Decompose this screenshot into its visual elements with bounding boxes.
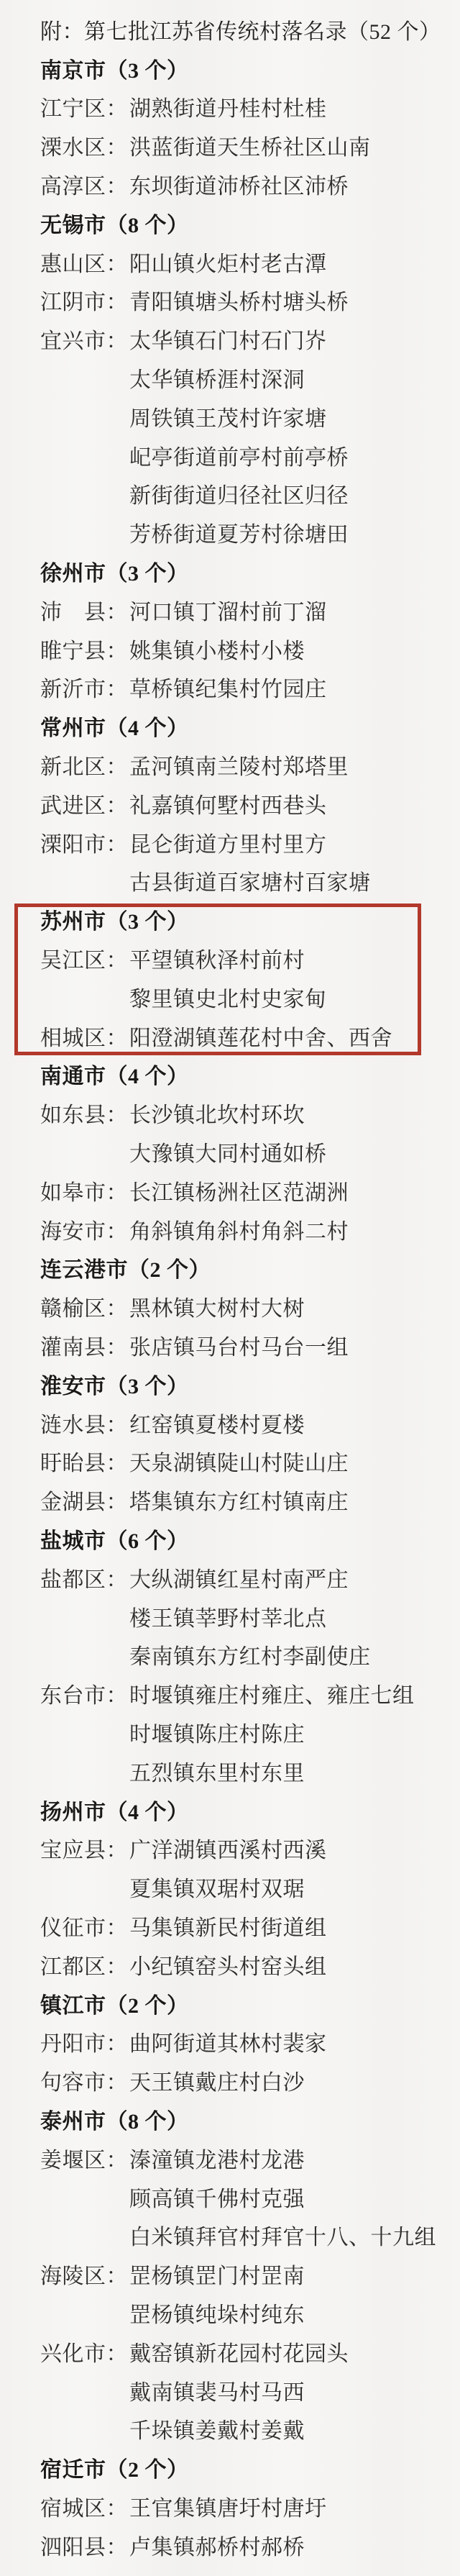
village-entry: 宜兴市：太华镇石门村石门岕	[0, 319, 460, 358]
village-entry-continuation: 夏集镇双琚村双琚	[0, 1867, 460, 1906]
village-entry: 宝应县：广洋湖镇西溪村西溪	[0, 1829, 460, 1867]
village-entry: 江宁区：湖熟街道丹桂村杜桂	[0, 88, 460, 127]
village-entry-continuation: 罡杨镇纯垛村纯东	[0, 2293, 460, 2332]
district-label: 武进区：	[40, 788, 129, 819]
district-label: 沛 县：	[40, 594, 129, 626]
village-name-text: 白米镇拜官村拜官十八、十九组	[129, 2219, 436, 2251]
district-label: 海陵区：	[40, 2258, 129, 2290]
village-entry-continuation: 大豫镇大同村通如桥	[0, 1132, 460, 1171]
village-entry: 吴江区：平望镇秋泽村前村	[0, 939, 460, 978]
village-name-text: 小纪镇窑头村窑头组	[129, 1949, 327, 1980]
village-name-text: 阳澄湖镇莲花村中舍、西舍	[129, 1020, 392, 1052]
village-entry-continuation: 楼王镇莘野村莘北点	[0, 1597, 460, 1636]
village-entry-continuation: 戴南镇裴马村马西	[0, 2371, 460, 2410]
village-entry-continuation: 秦南镇东方红村李副使庄	[0, 1635, 460, 1674]
district-label: 海安市：	[40, 1214, 129, 1245]
district-label: 金湖县：	[40, 1484, 129, 1516]
village-entry-continuation: 五烈镇东里村东里	[0, 1752, 460, 1790]
city-name-text: 无锡市（8 个）	[40, 207, 189, 239]
district-label: 如东县：	[40, 1097, 129, 1129]
village-name-text: 五烈镇东里村东里	[129, 1755, 305, 1787]
city-header: 常州市（4 个）	[0, 706, 460, 745]
village-name-text: 屺亭街道前亭村前亭桥	[129, 440, 349, 471]
village-entry-continuation: 芳桥街道夏芳村徐塘田	[0, 513, 460, 552]
village-name-text: 古县街道百家塘村百家塘	[129, 865, 371, 896]
district-label: 丹阳市：	[40, 2026, 129, 2057]
village-name-text: 太华镇桥涯村深洞	[129, 362, 305, 393]
village-entry-continuation: 古县街道百家塘村百家塘	[0, 862, 460, 901]
village-name-text: 平望镇秋泽村前村	[129, 942, 305, 974]
village-name-text: 天王镇戴庄村白沙	[129, 2065, 305, 2096]
village-entry: 江都区：小纪镇窑头村窑头组	[0, 1945, 460, 1984]
village-name-text: 长江镇杨洲社区范湖洲	[129, 1175, 349, 1206]
village-entry: 江阴市：青阳镇塘头桥村塘头桥	[0, 281, 460, 320]
city-header: 徐州市（3 个）	[0, 552, 460, 591]
city-name-text: 南京市（3 个）	[40, 53, 189, 84]
village-name-text: 新街街道归径社区归径	[129, 478, 349, 509]
village-name-text: 草桥镇纪集村竹园庄	[129, 671, 327, 703]
village-entry-continuation: 顾高镇千佛村克强	[0, 2177, 460, 2216]
district-label: 江都区：	[40, 1949, 129, 1980]
village-name-text: 周铁镇王茂村许家塘	[129, 401, 327, 432]
village-name-text: 马集镇新民村街道组	[129, 1910, 327, 1942]
district-label: 仪征市：	[40, 1910, 129, 1942]
village-entry: 金湖县：塔集镇东方红村镇南庄	[0, 1480, 460, 1519]
district-label: 溧水区：	[40, 129, 129, 161]
village-name-text: 阳山镇火炬村老古潭	[129, 246, 327, 278]
village-name-text: 罡杨镇罡门村罡南	[129, 2258, 305, 2290]
village-entry-continuation: 新街街道归径社区归径	[0, 475, 460, 514]
district-label: 惠山区：	[40, 246, 129, 278]
village-name-text: 天泉湖镇陡山村陡山庄	[129, 1445, 349, 1477]
city-header: 苏州市（3 个）	[0, 900, 460, 939]
city-name-text: 南通市（4 个）	[40, 1058, 189, 1090]
village-entry: 武进区：礼嘉镇何墅村西巷头	[0, 784, 460, 823]
village-entry-continuation: 周铁镇王茂村许家塘	[0, 397, 460, 436]
village-entry: 宿城区：王官集镇唐圩村唐圩	[0, 2487, 460, 2526]
city-name-text: 苏州市（3 个）	[40, 904, 189, 935]
district-label: 句容市：	[40, 2065, 129, 2096]
district-label: 江阴市：	[40, 284, 129, 316]
village-entry: 泗阳县：卢集镇郝桥村郝桥	[0, 2526, 460, 2564]
village-entry: 盐都区：大纵湖镇红星村南严庄	[0, 1558, 460, 1597]
village-name-text: 塔集镇东方红村镇南庄	[129, 1484, 349, 1516]
village-entry: 兴化市：戴窑镇新花园村花园头	[0, 2332, 460, 2371]
village-entry: 仪征市：马集镇新民村街道组	[0, 1906, 460, 1945]
village-name-text: 王官集镇唐圩村唐圩	[129, 2490, 327, 2522]
village-name-text: 河口镇丁溜村前丁溜	[129, 594, 327, 626]
district-label: 相城区：	[40, 1020, 129, 1052]
district-label: 江宁区：	[40, 91, 129, 122]
village-name-text: 芳桥街道夏芳村徐塘田	[129, 516, 349, 548]
district-label: 盱眙县：	[40, 1445, 129, 1477]
district-label: 如皋市：	[40, 1175, 129, 1206]
village-entry: 新北区：孟河镇南兰陵村郑塔里	[0, 745, 460, 784]
village-name-text: 黑林镇大树村大树	[129, 1291, 305, 1322]
village-entry: 海安市：角斜镇角斜村角斜二村	[0, 1210, 460, 1249]
village-name-text: 洪蓝街道天生桥社区山南	[129, 129, 371, 161]
district-label: 赣榆区：	[40, 1291, 129, 1322]
district-label: 睢宁县：	[40, 633, 129, 665]
village-entry: 句容市：天王镇戴庄村白沙	[0, 2061, 460, 2100]
village-entry: 姜堰区：溱潼镇龙港村龙港	[0, 2139, 460, 2177]
city-header: 淮安市（3 个）	[0, 1365, 460, 1403]
village-name-text: 时堰镇陈庄村陈庄	[129, 1716, 305, 1748]
village-entry: 如皋市：长江镇杨洲社区范湖洲	[0, 1171, 460, 1210]
city-header: 宿迁市（2 个）	[0, 2448, 460, 2487]
district-label: 宝应县：	[40, 1832, 129, 1864]
district-label: 新沂市：	[40, 671, 129, 703]
village-name-text: 湖熟街道丹桂村杜桂	[129, 91, 327, 122]
city-name-text: 镇江市（2 个）	[40, 1988, 189, 2019]
city-name-text: 扬州市（4 个）	[40, 1794, 189, 1826]
city-header: 连云港市（2 个）	[0, 1249, 460, 1288]
village-list: 附：第七批江苏省传统村落名录（52 个）南京市（3 个）江宁区：湖熟街道丹桂村杜…	[0, 10, 460, 2564]
city-header: 南京市（3 个）	[0, 49, 460, 88]
city-name-text: 徐州市（3 个）	[40, 555, 189, 587]
village-name-text: 黎里镇史北村史家甸	[129, 981, 327, 1013]
city-header: 无锡市（8 个）	[0, 204, 460, 242]
city-header: 扬州市（4 个）	[0, 1790, 460, 1829]
village-entry-continuation: 太华镇桥涯村深洞	[0, 358, 460, 397]
village-entry-continuation: 屺亭街道前亭村前亭桥	[0, 436, 460, 475]
district-label: 兴化市：	[40, 2336, 129, 2367]
district-label: 盐都区：	[40, 1562, 129, 1593]
village-entry: 睢宁县：姚集镇小楼村小楼	[0, 629, 460, 668]
village-name-text: 千垛镇姜戴村姜戴	[129, 2413, 305, 2444]
village-entry: 惠山区：阳山镇火炬村老古潭	[0, 242, 460, 281]
village-entry: 东台市：时堰镇雍庄村雍庄、雍庄七组	[0, 1674, 460, 1713]
village-entry: 如东县：长沙镇北坎村环坎	[0, 1093, 460, 1132]
village-name-text: 广洋湖镇西溪村西溪	[129, 1832, 327, 1864]
district-label: 东台市：	[40, 1678, 129, 1709]
city-name-text: 常州市（4 个）	[40, 710, 189, 742]
village-entry: 灌南县：张店镇马台村马台一组	[0, 1326, 460, 1365]
village-name-text: 曲阿街道其林村裴家	[129, 2026, 327, 2057]
village-entry-continuation: 千垛镇姜戴村姜戴	[0, 2409, 460, 2448]
city-name-text: 淮安市（3 个）	[40, 1368, 189, 1400]
city-name-text: 宿迁市（2 个）	[40, 2452, 189, 2483]
district-label: 溧阳市：	[40, 827, 129, 858]
district-label: 灌南县：	[40, 1329, 129, 1361]
district-label: 泗阳县：	[40, 2529, 129, 2561]
village-name-text: 礼嘉镇何墅村西巷头	[129, 788, 327, 819]
village-name-text: 戴南镇裴马村马西	[129, 2375, 305, 2406]
village-entry: 赣榆区：黑林镇大树村大树	[0, 1287, 460, 1326]
village-name-text: 卢集镇郝桥村郝桥	[129, 2529, 305, 2561]
village-name-text: 夏集镇双琚村双琚	[129, 1871, 305, 1903]
village-name-text: 顾高镇千佛村克强	[129, 2181, 305, 2213]
village-name-text: 秦南镇东方红村李副使庄	[129, 1639, 371, 1670]
district-label: 吴江区：	[40, 942, 129, 974]
village-entry-continuation: 时堰镇陈庄村陈庄	[0, 1713, 460, 1752]
city-header: 盐城市（6 个）	[0, 1519, 460, 1558]
district-label: 姜堰区：	[40, 2142, 129, 2174]
village-name-text: 时堰镇雍庄村雍庄、雍庄七组	[129, 1678, 415, 1709]
village-entry: 海陵区：罡杨镇罡门村罡南	[0, 2254, 460, 2293]
village-entry-continuation: 黎里镇史北村史家甸	[0, 978, 460, 1016]
village-name-text: 楼王镇莘野村莘北点	[129, 1601, 327, 1632]
village-entry: 相城区：阳澄湖镇莲花村中舍、西舍	[0, 1016, 460, 1055]
village-entry: 溧水区：洪蓝街道天生桥社区山南	[0, 126, 460, 165]
city-name-text: 泰州市（8 个）	[40, 2103, 189, 2135]
village-entry: 涟水县：红窑镇夏楼村夏楼	[0, 1403, 460, 1442]
document-page: 附：第七批江苏省传统村落名录（52 个）南京市（3 个）江宁区：湖熟街道丹桂村杜…	[0, 0, 460, 2576]
village-entry: 高淳区：东坝街道沛桥社区沛桥	[0, 165, 460, 204]
city-header: 镇江市（2 个）	[0, 1984, 460, 2023]
document-title: 附：第七批江苏省传统村落名录（52 个）	[0, 10, 460, 49]
village-name-text: 青阳镇塘头桥村塘头桥	[129, 284, 349, 316]
village-name-text: 戴窑镇新花园村花园头	[129, 2336, 349, 2367]
village-name-text: 孟河镇南兰陵村郑塔里	[129, 749, 349, 780]
city-header: 泰州市（8 个）	[0, 2100, 460, 2139]
village-name-text: 大纵湖镇红星村南严庄	[129, 1562, 349, 1593]
village-name-text: 附：第七批江苏省传统村落名录（52 个）	[40, 14, 441, 45]
village-entry-continuation: 白米镇拜官村拜官十八、十九组	[0, 2216, 460, 2254]
district-label: 宿城区：	[40, 2490, 129, 2522]
village-name-text: 溱潼镇龙港村龙港	[129, 2142, 305, 2174]
village-name-text: 昆仑街道方里村里方	[129, 827, 327, 858]
village-name-text: 罡杨镇纯垛村纯东	[129, 2297, 305, 2329]
district-label: 宜兴市：	[40, 323, 129, 355]
village-name-text: 长沙镇北坎村环坎	[129, 1097, 305, 1129]
village-entry: 盱眙县：天泉湖镇陡山村陡山庄	[0, 1442, 460, 1480]
village-name-text: 东坝街道沛桥社区沛桥	[129, 168, 349, 200]
village-name-text: 红窑镇夏楼村夏楼	[129, 1407, 305, 1439]
village-entry: 沛 县：河口镇丁溜村前丁溜	[0, 591, 460, 629]
village-entry: 新沂市：草桥镇纪集村竹园庄	[0, 668, 460, 707]
village-name-text: 大豫镇大同村通如桥	[129, 1136, 327, 1168]
district-label: 涟水县：	[40, 1407, 129, 1439]
village-name-text: 张店镇马台村马台一组	[129, 1329, 349, 1361]
village-name-text: 角斜镇角斜村角斜二村	[129, 1214, 349, 1245]
city-header: 南通市（4 个）	[0, 1055, 460, 1094]
district-label: 高淳区：	[40, 168, 129, 200]
village-name-text: 姚集镇小楼村小楼	[129, 633, 305, 665]
village-entry: 溧阳市：昆仑街道方里村里方	[0, 823, 460, 862]
district-label: 新北区：	[40, 749, 129, 780]
city-name-text: 盐城市（6 个）	[40, 1523, 189, 1555]
village-name-text: 太华镇石门村石门岕	[129, 323, 327, 355]
village-entry: 丹阳市：曲阿街道其林村裴家	[0, 2022, 460, 2061]
city-name-text: 连云港市（2 个）	[40, 1252, 211, 1283]
